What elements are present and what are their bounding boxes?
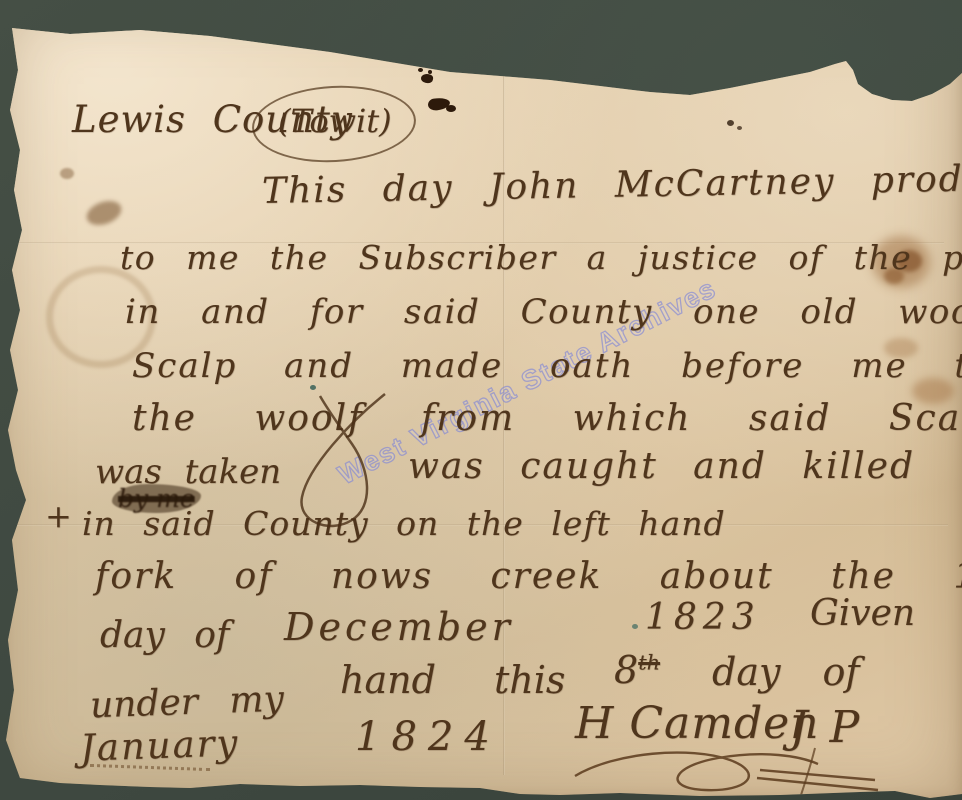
ink-blot xyxy=(446,105,456,112)
handwritten-line: Given xyxy=(810,593,915,634)
handwritten-line: hand this xyxy=(340,658,565,702)
handwritten-line: 8th xyxy=(614,648,660,692)
towit-label: (Towit) xyxy=(278,102,392,140)
scanned-document-page: { "colors":{"background":"#404a41","pape… xyxy=(0,0,962,800)
handwritten-line: Scalp and made oath before me that xyxy=(132,346,962,386)
handwritten-line: to me the Subscriber a justice of the pe… xyxy=(120,238,962,277)
handwritten-year: 1824 xyxy=(355,714,501,760)
ink-speck xyxy=(727,120,734,126)
ink-blot xyxy=(420,73,433,84)
signature: H Camden xyxy=(575,698,820,749)
handwritten-line: was caught and killed xyxy=(408,446,915,487)
document-paper: West Virginia State Archives Lewis Count… xyxy=(0,0,962,800)
ink-speck xyxy=(428,70,432,74)
handwritten-year: 1823 xyxy=(645,597,761,638)
handwritten-line: the woolf from which said Scalp xyxy=(132,398,962,439)
ordinal-superscript-struck: th xyxy=(638,650,660,674)
handwritten-line: under my xyxy=(89,679,284,727)
handwritten-line: in said County on the left hand xyxy=(82,504,726,543)
ink-blot xyxy=(427,97,450,112)
smudge-left-small xyxy=(60,168,74,179)
handwritten-line: day of xyxy=(100,615,229,656)
ink-speck xyxy=(737,126,742,130)
handwritten-line: This day John McCartney produced xyxy=(262,157,962,212)
signature-title: J P xyxy=(790,702,863,753)
smudge-left xyxy=(83,197,124,230)
teal-speck xyxy=(632,624,638,629)
handwritten-line: fork of nows creek about the 17th xyxy=(95,556,962,597)
ink-speck xyxy=(418,68,423,72)
line-10-text: fork of nows creek about the 17 xyxy=(95,556,962,597)
insert-mark: + xyxy=(45,497,72,535)
handwritten-line: January xyxy=(79,721,240,770)
day-number: 8 xyxy=(614,648,638,692)
handwritten-line: December xyxy=(284,605,514,649)
handwritten-line: day of xyxy=(712,650,859,694)
handwritten-line: in and for said County one old woolf xyxy=(125,292,962,332)
